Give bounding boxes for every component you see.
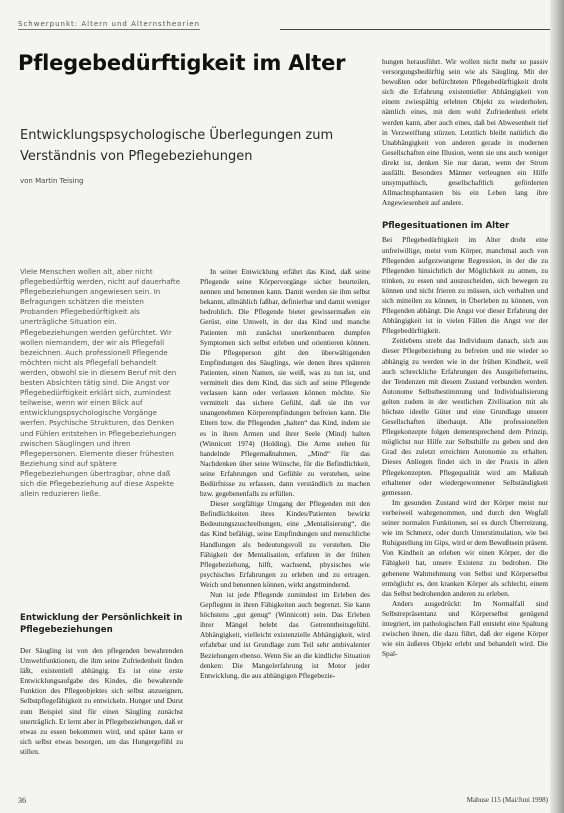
section-heading-entwicklung: Entwicklung der Persönlichkeit in Pflege… [20,612,183,636]
article-subtitle: Entwicklungspsychologische Überlegungen … [20,125,340,167]
intro-paragraph: Viele Menschen wollen alt, aber nicht pf… [20,267,183,499]
subtitle-line-1: Entwicklungspsychologische Überlegungen … [20,125,340,146]
body-paragraph: Nun ist jede Pflegende zumindest im Erle… [200,590,370,681]
body-paragraph: Bei Pflegebedürftigkeit im Alter droht e… [382,235,548,336]
column-1-section: Entwicklung der Persönlichkeit in Pflege… [20,612,183,757]
page-number: 36 [18,796,26,805]
column-1: Viele Menschen wollen alt, aber nicht pf… [20,267,183,499]
body-paragraph: In seiner Entwicklung erfährt das Kind, … [200,267,370,499]
subtitle-line-2: Verständnis von Pflegebeziehungen [20,146,340,167]
body-paragraph: Dieser sorgfältige Umgang der Pflegenden… [200,499,370,590]
column-3: hungen herausführt. Wir wollen nicht meh… [382,57,548,659]
article-title: Pflegebedürftigkeit im Alter [18,51,345,75]
body-paragraph: Anders ausgedrückt: Im Normalfall sind S… [382,599,548,660]
body-paragraph: Im gesunden Zustand wird der Körper meis… [382,498,548,599]
issue-info: Mabuse 115 (Mai/Juni 1998) [467,796,548,804]
column-2: In seiner Entwicklung erfährt das Kind, … [200,267,370,681]
header-rule [280,29,550,30]
body-paragraph: Der Säugling ist von den pflegenden bewa… [20,646,183,757]
author-byline: von Martin Teising [20,177,83,185]
page-edge-shadow [550,0,564,813]
section-heading-pflegesituationen: Pflegesituationen im Alter [382,220,548,232]
running-head: Schwerpunkt: Altern und Alternstheorien [18,20,200,30]
body-paragraph: Zeitlebens strebt das Individuum danach,… [382,336,548,498]
body-paragraph: hungen herausführt. Wir wollen nicht meh… [382,57,548,208]
